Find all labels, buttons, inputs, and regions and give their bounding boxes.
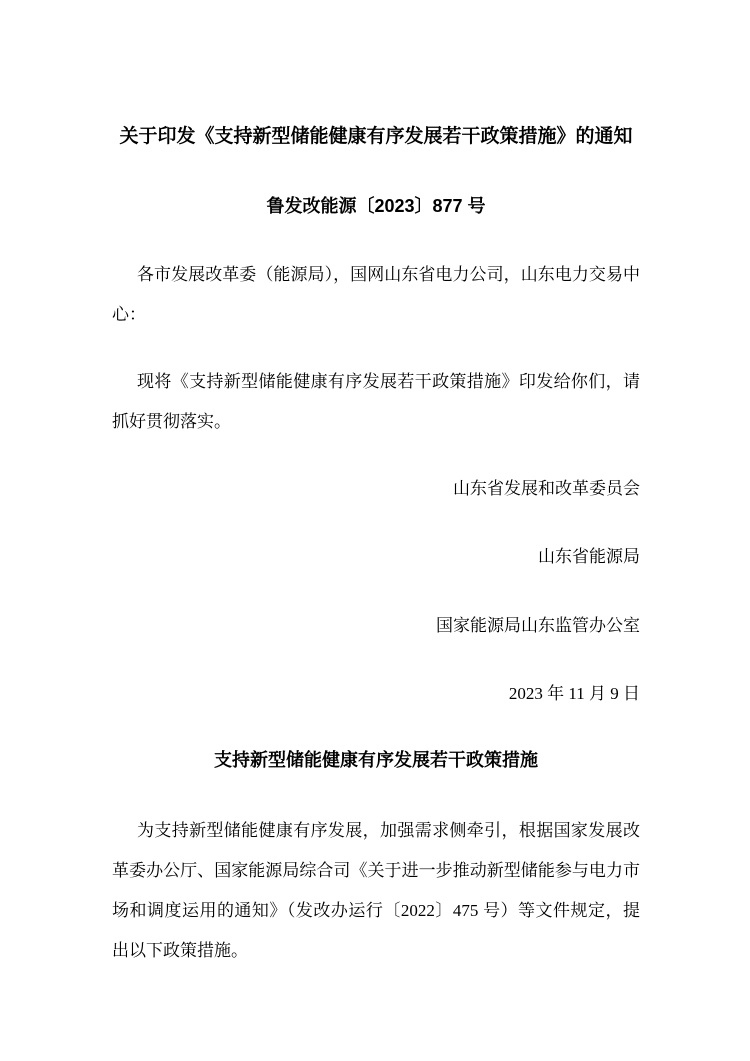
signature-national-energy-shandong-office: 国家能源局山东监管办公室: [112, 606, 640, 646]
notice-doc-number: 鲁发改能源〔2023〕877 号: [112, 186, 640, 226]
policy-title: 支持新型储能健康有序发展若干政策措施: [112, 740, 640, 780]
document-page: 关于印发《支持新型储能健康有序发展若干政策措施》的通知 鲁发改能源〔2023〕8…: [0, 0, 750, 1061]
notice-title: 关于印发《支持新型储能健康有序发展若干政策措施》的通知: [112, 117, 640, 157]
signature-energy-administration: 山东省能源局: [112, 537, 640, 577]
forward-paragraph: 现将《支持新型储能健康有序发展若干政策措施》印发给你们，请抓好贯彻落实。: [112, 362, 640, 442]
signature-development-reform-commission: 山东省发展和改革委员会: [112, 469, 640, 509]
signature-date: 2023 年 11 月 9 日: [112, 674, 640, 714]
policy-intro-paragraph: 为支持新型储能健康有序发展，加强需求侧牵引，根据国家发展改革委办公厅、国家能源局…: [112, 811, 640, 971]
recipients-paragraph: 各市发展改革委（能源局），国网山东省电力公司，山东电力交易中心：: [112, 255, 640, 335]
document-content: 关于印发《支持新型储能健康有序发展若干政策措施》的通知 鲁发改能源〔2023〕8…: [0, 0, 750, 971]
